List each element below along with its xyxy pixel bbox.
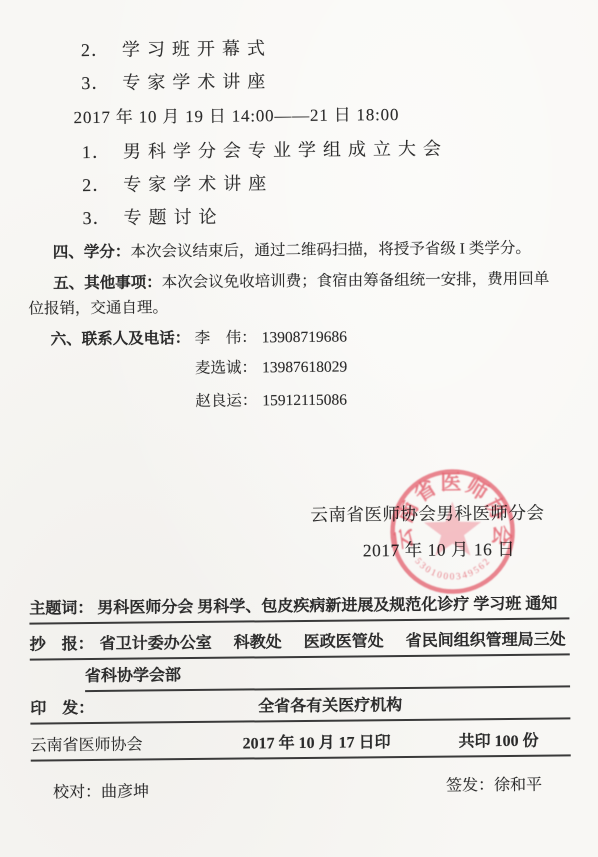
footer-issuer: 云南省医师协会	[31, 737, 143, 755]
list-item-text: 学习班开幕式	[122, 38, 272, 59]
proofreader: 校对：曲彦坤	[53, 783, 149, 801]
section-credits-text: 本次会议结束后，通过二维码扫描，将授予省级 I 类学分。	[130, 240, 531, 261]
contact-row: 赵良运：15912115086	[195, 390, 347, 413]
list-item: 2．专家学术讲座	[82, 171, 273, 198]
footer-copy-item: 省科协学会部	[85, 667, 181, 685]
seal-star-icon	[424, 501, 482, 556]
issuer-signature-name: 徐和平	[494, 777, 542, 794]
schedule-line: 2017 年 10 月 19 日 14:00——21 日 18:00	[73, 102, 399, 130]
seal-serial-number: 5301000349562	[412, 556, 493, 583]
footer-subject-text: 男科医师分会 男科学、包皮疾病新进展及规范化诊疗 学习班 通知	[97, 596, 557, 617]
footer-print-label: 印 发：	[30, 700, 94, 718]
footer-subject-label: 主题词：	[29, 600, 93, 618]
contact-name: 赵良运：	[195, 392, 257, 410]
list-item-number: 2．	[81, 40, 110, 60]
document-sheet: 2．学习班开幕式 3．专家学术讲座 2017 年 10 月 19 日 14:00…	[0, 0, 598, 857]
footer-proof-sign-row: 校对：曲彦坤 签发：徐和平	[31, 777, 571, 804]
list-item-text: 专题讨论	[123, 207, 223, 228]
list-item: 3．专家学术讲座	[81, 69, 272, 96]
list-item: 2．学习班开幕式	[81, 36, 272, 63]
section-credits-label: 四、学分：	[53, 244, 131, 262]
scanned-notice-page: 2．学习班开幕式 3．专家学术讲座 2017 年 10 月 19 日 14:00…	[0, 0, 598, 857]
footer-issue-row: 云南省医师协会 2017 年 10 月 17 日印 共印 100 份	[31, 731, 571, 761]
proofreader-label: 校对：	[53, 784, 101, 801]
section-contacts-label: 六、联系人及电话：	[51, 328, 191, 351]
list-item: 1．男科学分会专业学组成立大会	[82, 137, 448, 166]
footer-copy-continuation-row: 省科协学会部	[85, 662, 570, 692]
list-item-text: 男科学分会专业学组成立大会	[123, 139, 448, 162]
footer-copy-row: 抄 报：省卫计委办公室科教处医政医管处省民间组织管理局三处	[30, 630, 570, 660]
section-credits: 四、学分：本次会议结束后，通过二维码扫描，将授予省级 I 类学分。	[53, 238, 531, 265]
svg-text:5301000349562: 5301000349562	[412, 556, 493, 583]
footer-copy-item: 医政医管处	[304, 633, 384, 651]
list-item-number: 1．	[82, 142, 111, 162]
contact-row: 麦选诚：13987618029	[195, 357, 347, 380]
contact-phone: 13987618029	[262, 359, 347, 377]
footer-print-row: 印 发： 全省各有关医疗机构	[30, 694, 570, 724]
footer-copy-label: 抄 报：	[30, 636, 94, 654]
footer-copy-item: 省民间组织管理局三处	[406, 631, 566, 650]
contact-name: 李 伟：	[195, 329, 257, 347]
list-item-text: 专家学术讲座	[123, 173, 273, 194]
list-item-number: 3．	[81, 73, 110, 93]
section-other-matters-text: 本次会议免收培训费；食宿由筹备组统一安排，费用回单	[162, 271, 550, 292]
contact-phone: 13908719686	[262, 329, 347, 347]
proofreader-name: 曲彦坤	[101, 783, 149, 800]
footer-copy-item: 省卫计委办公室	[100, 635, 212, 653]
issuer-signature-label: 签发：	[446, 777, 494, 794]
official-seal: 云南省医师协会 5301000349562	[364, 443, 542, 621]
footer-subject-row: 主题词：男科医师分会 男科学、包皮疾病新进展及规范化诊疗 学习班 通知	[29, 594, 569, 624]
footer-copy-item: 科教处	[234, 634, 282, 651]
section-other-matters: 五、其他事项：本次会议免收培训费；食宿由筹备组统一安排，费用回单	[53, 269, 549, 296]
list-item: 3．专题讨论	[82, 205, 223, 231]
section-other-matters-continuation: 位报销，交通自理。	[28, 297, 168, 320]
list-item-text: 专家学术讲座	[122, 71, 272, 92]
footer-print-date: 2017 年 10 月 17 日印	[243, 733, 391, 754]
issuer-signature: 签发：徐和平	[446, 775, 542, 798]
footer-print-recipients: 全省各有关医疗机构	[258, 696, 402, 717]
contact-name: 麦选诚：	[195, 359, 257, 377]
list-item-number: 3．	[82, 208, 111, 228]
contact-row: 李 伟：13908719686	[195, 327, 347, 350]
contact-phone: 15912115086	[262, 392, 347, 410]
footer-copies-count: 共印 100 份	[459, 732, 539, 753]
section-other-matters-label: 五、其他事项：	[53, 274, 162, 292]
list-item-number: 2．	[82, 175, 111, 195]
